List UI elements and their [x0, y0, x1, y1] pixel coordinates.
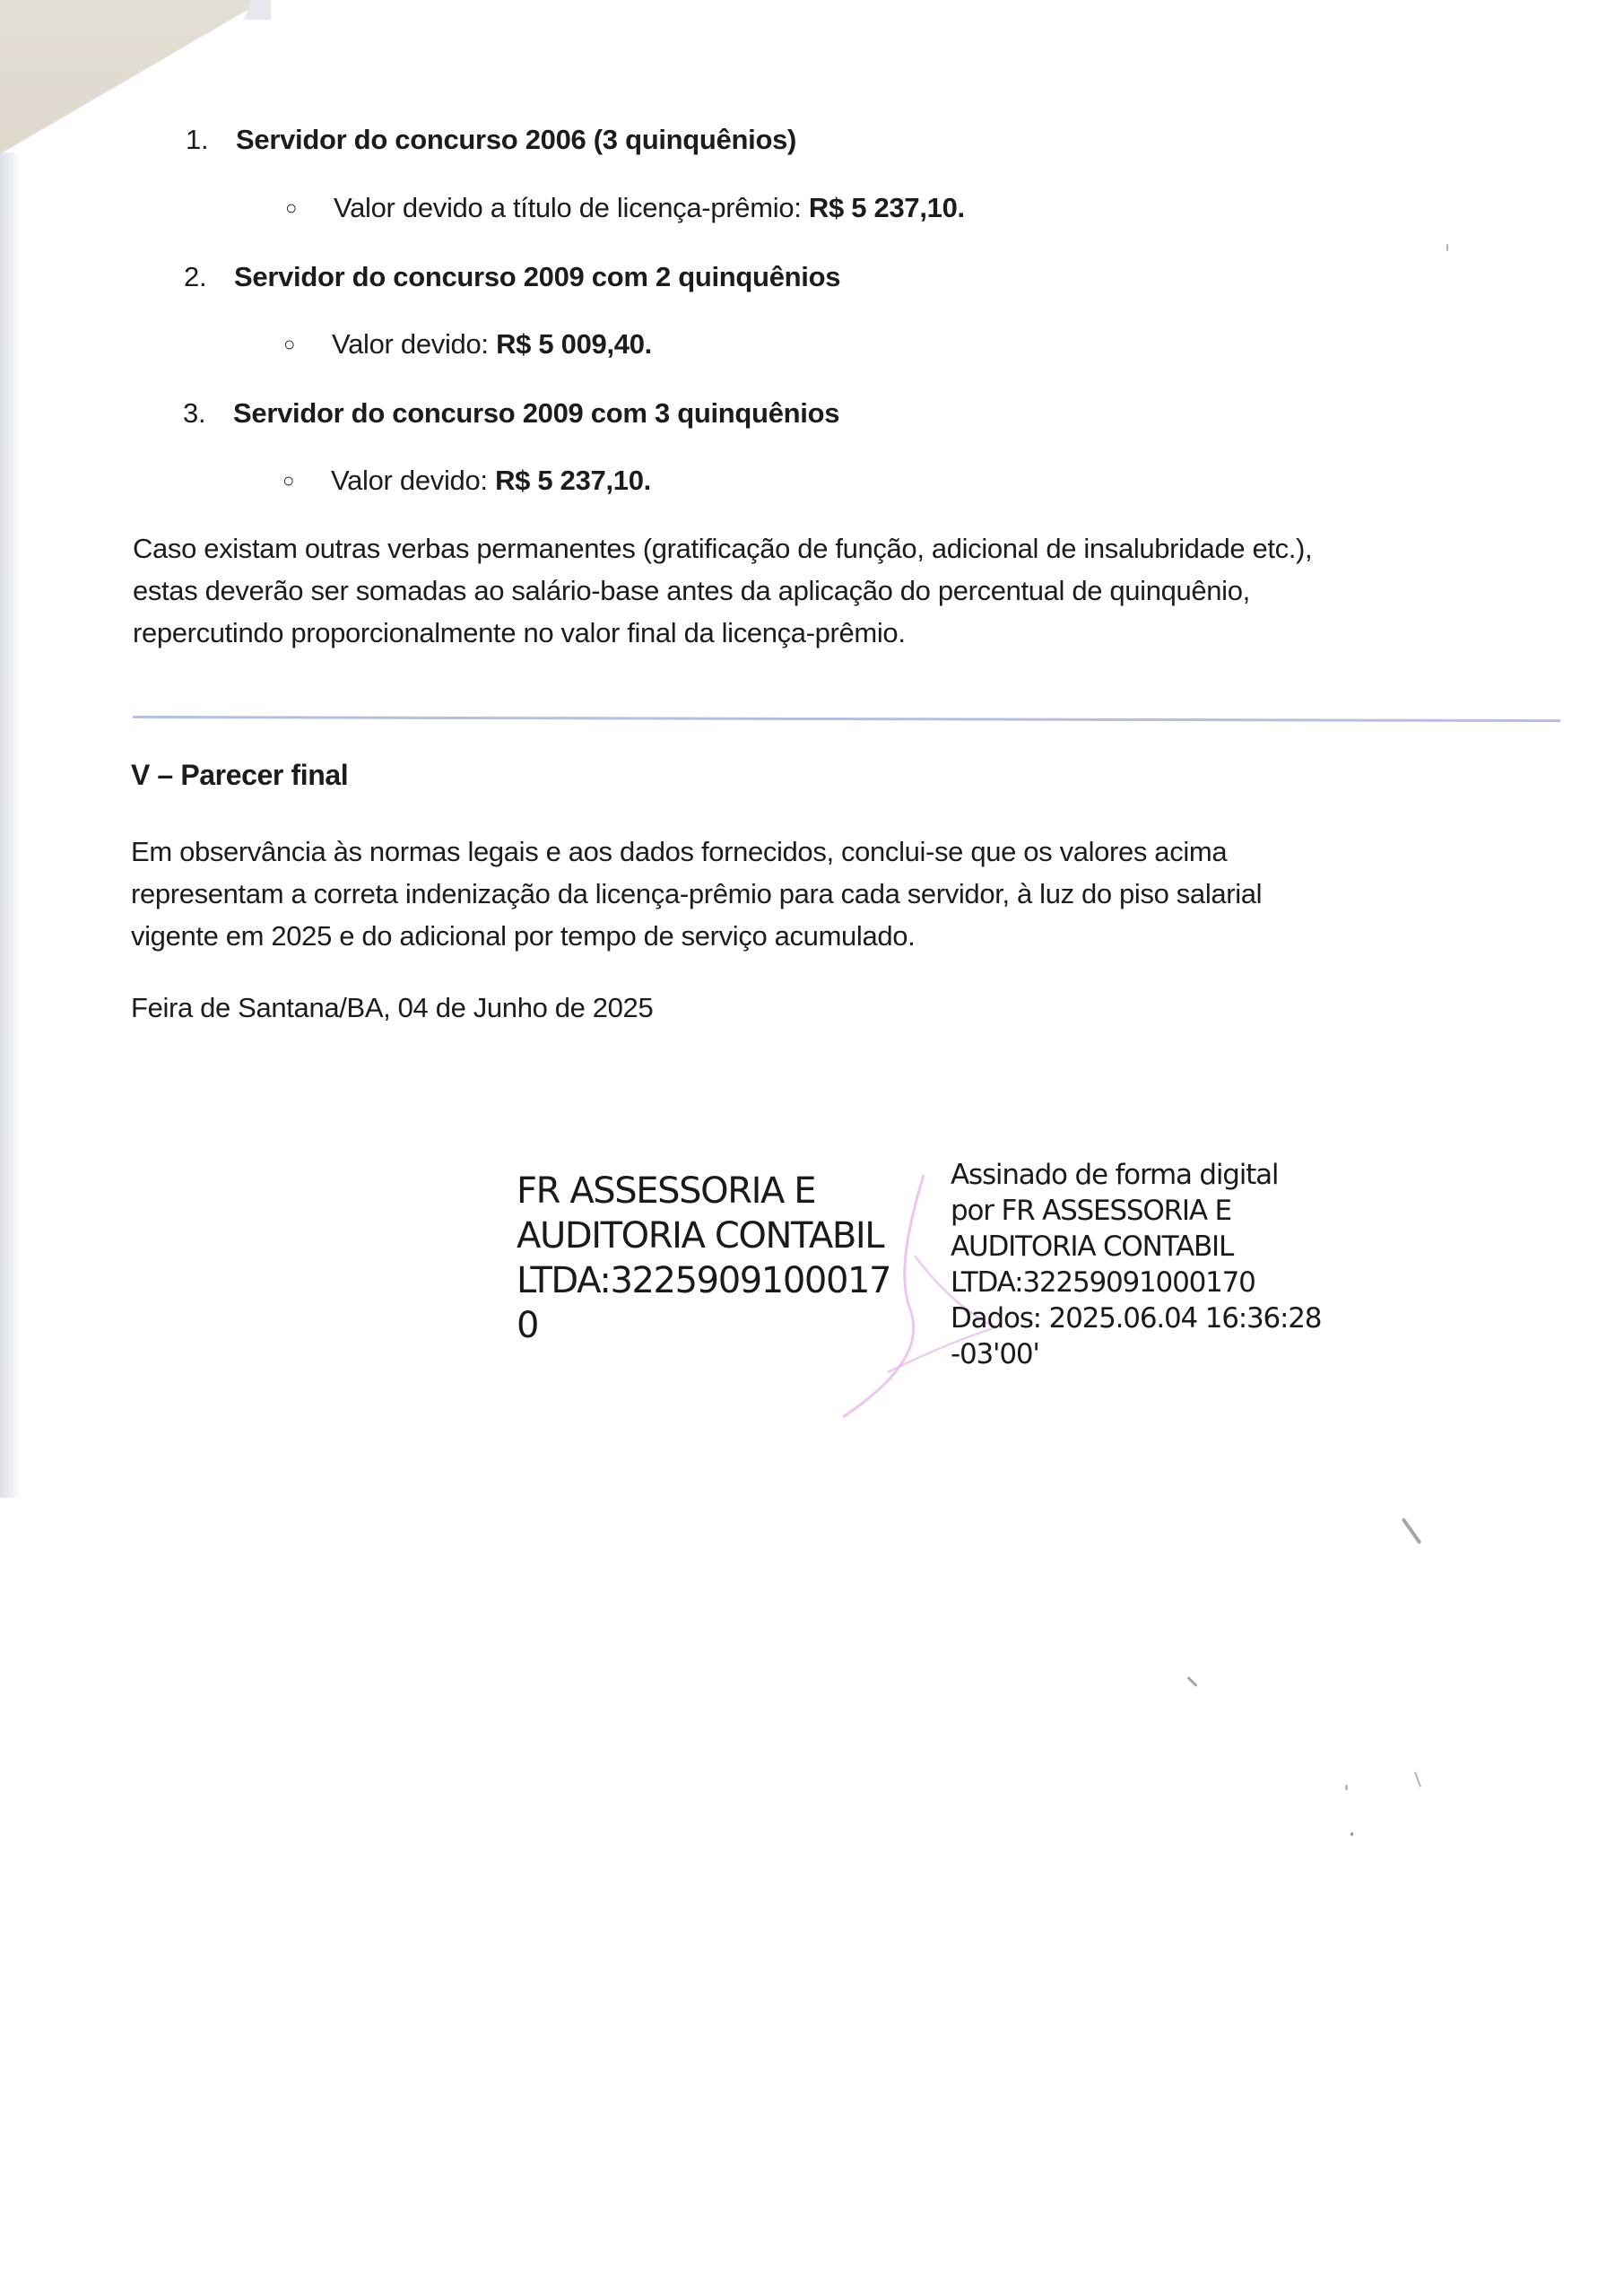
amount-value: R$ 5 237,10.: [809, 192, 965, 223]
signer-line: LTDA:3225909100017: [517, 1258, 890, 1303]
signature-detail-line: por FR ASSESSORIA E: [951, 1193, 1321, 1229]
list-item: 2.Servidor do concurso 2009 com 2 quinqu…: [184, 261, 840, 293]
signer-line: FR ASSESSORIA E: [517, 1169, 890, 1213]
section-title: V – Parecer final: [131, 759, 348, 792]
scan-speck: [1446, 244, 1448, 251]
sub-item-label: Valor devido:: [332, 328, 496, 360]
note-paragraph: Caso existam outras verbas permanentes (…: [133, 527, 1568, 654]
paragraph-line: estas deverão ser somadas ao salário-bas…: [133, 570, 1568, 612]
paragraph-line: representam a correta indenização da lic…: [131, 873, 1566, 915]
list-item-title: Servidor do concurso 2009 com 2 quinquên…: [234, 261, 840, 292]
scan-speck: [1186, 1676, 1197, 1687]
amount-value: R$ 5 237,10.: [495, 465, 651, 496]
signer-line: 0: [517, 1303, 890, 1348]
list-number: 1.: [186, 124, 236, 156]
signature-detail-line: LTDA:32259091000170: [951, 1265, 1321, 1300]
signature-details: Assinado de forma digital por FR ASSESSO…: [951, 1157, 1321, 1372]
scan-speck: [1414, 1771, 1421, 1787]
list-item-title: Servidor do concurso 2009 com 3 quinquên…: [233, 397, 839, 429]
list-item: 3.Servidor do concurso 2009 com 3 quinqu…: [183, 397, 839, 430]
signer-line: AUDITORIA CONTABIL: [517, 1213, 890, 1258]
sub-item-label: Valor devido:: [331, 465, 495, 496]
scan-speck: [1350, 1832, 1353, 1836]
signature-detail-line: -03'00': [951, 1336, 1321, 1372]
amount-value: R$ 5 009,40.: [496, 328, 652, 360]
signature-detail-line: Dados: 2025.06.04 16:36:28: [951, 1300, 1321, 1336]
scan-speck: [1402, 1518, 1422, 1544]
circle-bullet-icon: ○: [283, 333, 332, 356]
paragraph-line: vigente em 2025 e do adicional por tempo…: [131, 915, 1566, 957]
scan-speck: [1345, 1785, 1348, 1790]
list-item: 1.Servidor do concurso 2006 (3 quinquêni…: [186, 124, 796, 156]
sub-list-item: ○Valor devido: R$ 5 237,10.: [282, 465, 651, 497]
signature-detail-line: AUDITORIA CONTABIL: [951, 1229, 1321, 1265]
sub-item-label: Valor devido a título de licença-prêmio:: [334, 192, 809, 223]
paragraph-line: repercutindo proporcionalmente no valor …: [133, 612, 1568, 654]
page-left-edge: [0, 152, 20, 1498]
list-number: 2.: [184, 261, 234, 293]
place-date: Feira de Santana/BA, 04 de Junho de 2025: [131, 992, 653, 1024]
circle-bullet-icon: ○: [285, 196, 334, 220]
signer-name: FR ASSESSORIA E AUDITORIA CONTABIL LTDA:…: [517, 1169, 890, 1348]
sub-list-item: ○Valor devido: R$ 5 009,40.: [283, 328, 652, 361]
circle-bullet-icon: ○: [282, 469, 331, 492]
final-paragraph: Em observância às normas legais e aos da…: [131, 831, 1566, 957]
list-item-title: Servidor do concurso 2006 (3 quinquênios…: [236, 124, 796, 155]
paragraph-line: Em observância às normas legais e aos da…: [131, 831, 1566, 873]
section-divider: [133, 716, 1560, 722]
sub-list-item: ○Valor devido a título de licença-prêmio…: [285, 192, 965, 224]
paragraph-line: Caso existam outras verbas permanentes (…: [133, 527, 1568, 570]
signature-detail-line: Assinado de forma digital: [951, 1157, 1321, 1193]
list-number: 3.: [183, 397, 233, 430]
